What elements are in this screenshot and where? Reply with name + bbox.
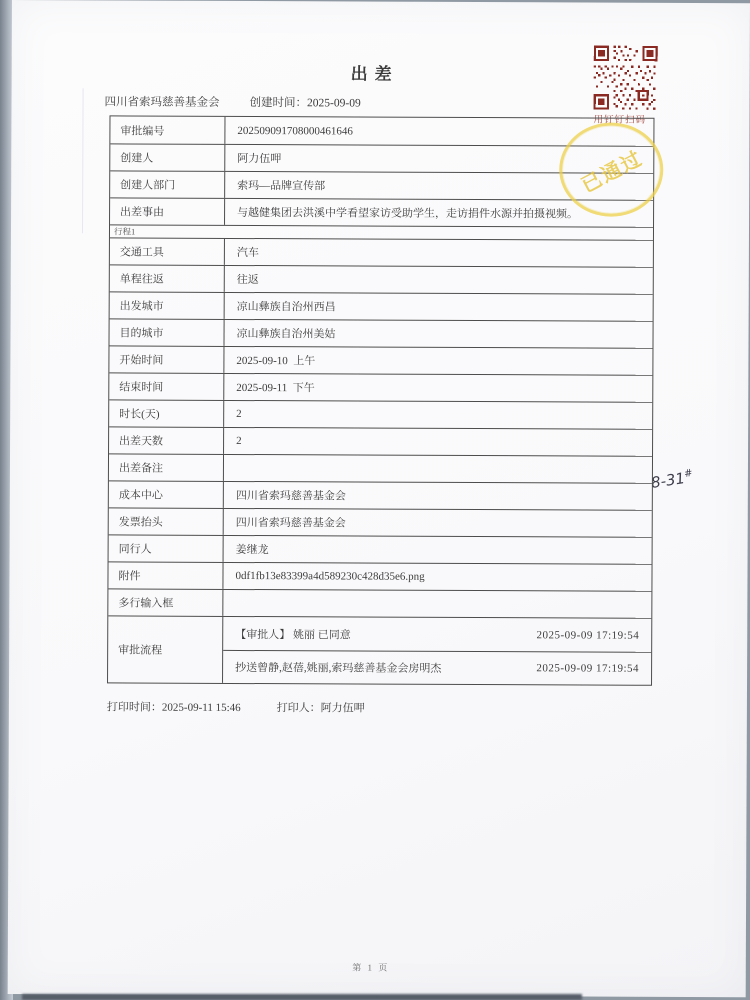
approval-entry-text: 抄送曾静,赵蓓,姚丽,索玛慈善基金会房明杰	[223, 659, 536, 676]
table-row: 出差备注	[109, 453, 652, 482]
row-label: 出差天数	[109, 427, 224, 454]
row-label: 创建人部门	[110, 171, 225, 198]
row-value: 2025-09-11 下午	[224, 374, 652, 402]
handwritten-annotation: 8-31#	[650, 468, 695, 492]
row-value: 四川省索玛慈善基金会	[224, 509, 652, 537]
approval-entry: 抄送曾静,赵蓓,姚丽,索玛慈善基金会房明杰 2025-09-09 17:19:5…	[223, 650, 651, 685]
row-value: 2025-09-10 上午	[224, 347, 652, 375]
table-row: 附件 0df1fb13e83399a4d589230c428d35e6.png	[108, 561, 651, 590]
row-label: 出差备注	[109, 454, 224, 481]
approval-entry-time: 2025-09-09 17:19:54	[537, 629, 652, 642]
qr-code-block: 用钉钉扫码	[593, 46, 657, 126]
table-row: 出差天数 2	[109, 426, 652, 455]
print-time-label: 打印时间：2025-09-11 15:46	[107, 701, 241, 714]
table-row: 结束时间 2025-09-11 下午	[109, 372, 652, 401]
row-value: 往返	[225, 266, 653, 294]
row-value	[224, 455, 652, 483]
approval-flow-row: 审批流程 【审批人】 姚丽 已同意 2025-09-09 17:19:54 抄送…	[108, 615, 651, 684]
row-label: 同行人	[109, 535, 224, 562]
table-row: 审批编号 202509091708000461646	[110, 116, 653, 145]
row-value: 阿力伍呷	[225, 145, 653, 173]
row-value: 0df1fb13e83399a4d589230c428d35e6.png	[223, 563, 651, 591]
approval-entry-time: 2025-09-09 17:19:54	[536, 662, 651, 675]
row-label: 附件	[108, 562, 223, 589]
table-row: 目的城市 凉山彝族自治州美姑	[109, 318, 652, 347]
row-label: 交通工具	[110, 238, 225, 265]
table-row: 创建人部门 索玛—品牌宣传部	[110, 170, 653, 199]
row-value	[223, 590, 651, 618]
approval-entry: 【审批人】 姚丽 已同意 2025-09-09 17:19:54	[223, 617, 651, 652]
row-label: 目的城市	[109, 319, 224, 346]
row-value: 与越健集团去洪溪中学看望家访受助学生，走访捐件水源并拍摄视频。	[225, 199, 653, 227]
table-row: 成本中心 四川省索玛慈善基金会	[109, 480, 652, 509]
row-value: 2	[224, 401, 652, 429]
approval-entry-text: 【审批人】 姚丽 已同意	[223, 625, 536, 642]
organization-name: 四川省索玛慈善基金会	[105, 93, 220, 110]
row-label: 出差事由	[110, 198, 225, 225]
row-label: 出发城市	[110, 292, 225, 319]
row-value: 姜继龙	[224, 536, 652, 564]
scanner-edge-bottom	[22, 994, 582, 1000]
row-value: 汽车	[225, 239, 653, 267]
scan-artifact-line	[82, 88, 84, 233]
row-value: 凉山彝族自治州美姑	[224, 320, 652, 348]
row-label: 时长(天)	[109, 400, 224, 427]
table-row: 单程往返 往返	[110, 264, 653, 293]
row-label: 开始时间	[109, 346, 224, 373]
print-info-line: 打印时间：2025-09-11 15:46打印人：阿力伍呷	[107, 698, 401, 715]
table-row: 发票抬头 四川省索玛慈善基金会	[109, 507, 652, 536]
row-label: 成本中心	[109, 481, 224, 508]
row-label: 单程往返	[110, 265, 225, 292]
print-person-label: 打印人：阿力伍呷	[277, 702, 365, 714]
table-row: 时长(天) 2	[109, 399, 652, 428]
row-value: 2	[224, 428, 652, 456]
table-row: 开始时间 2025-09-10 上午	[109, 345, 652, 374]
row-label: 多行输入框	[108, 589, 223, 616]
created-time-label: 创建时间：2025-09-09	[250, 94, 361, 110]
row-value: 四川省索玛慈善基金会	[224, 482, 652, 510]
row-value: 索玛—品牌宣传部	[225, 172, 653, 200]
table-row: 出差事由 与越健集团去洪溪中学看望家访受助学生，走访捐件水源并拍摄视频。	[110, 197, 653, 226]
row-label: 结束时间	[109, 373, 224, 400]
row-label: 发票抬头	[109, 508, 224, 535]
row-label: 审批流程	[108, 616, 223, 683]
table-row: 创建人 阿力伍呷	[110, 143, 653, 172]
row-label: 创建人	[110, 144, 225, 171]
table-row: 出发城市 凉山彝族自治州西昌	[110, 291, 653, 320]
table-row: 同行人 姜继龙	[109, 534, 652, 563]
row-label: 审批编号	[110, 116, 225, 144]
page-number: 第 1 页	[0, 959, 746, 975]
qr-code-icon	[594, 46, 658, 110]
document-page: 出差 四川省索玛慈善基金会 创建时间：2025-09-09	[8, 0, 750, 997]
row-value: 凉山彝族自治州西昌	[225, 293, 653, 321]
table-row: 多行输入框	[108, 588, 651, 617]
trip-form-table: 审批编号 202509091708000461646 创建人 阿力伍呷 创建人部…	[107, 115, 654, 685]
row-value: 202509091708000461646	[225, 117, 653, 146]
table-row: 交通工具 汽车	[110, 237, 653, 266]
